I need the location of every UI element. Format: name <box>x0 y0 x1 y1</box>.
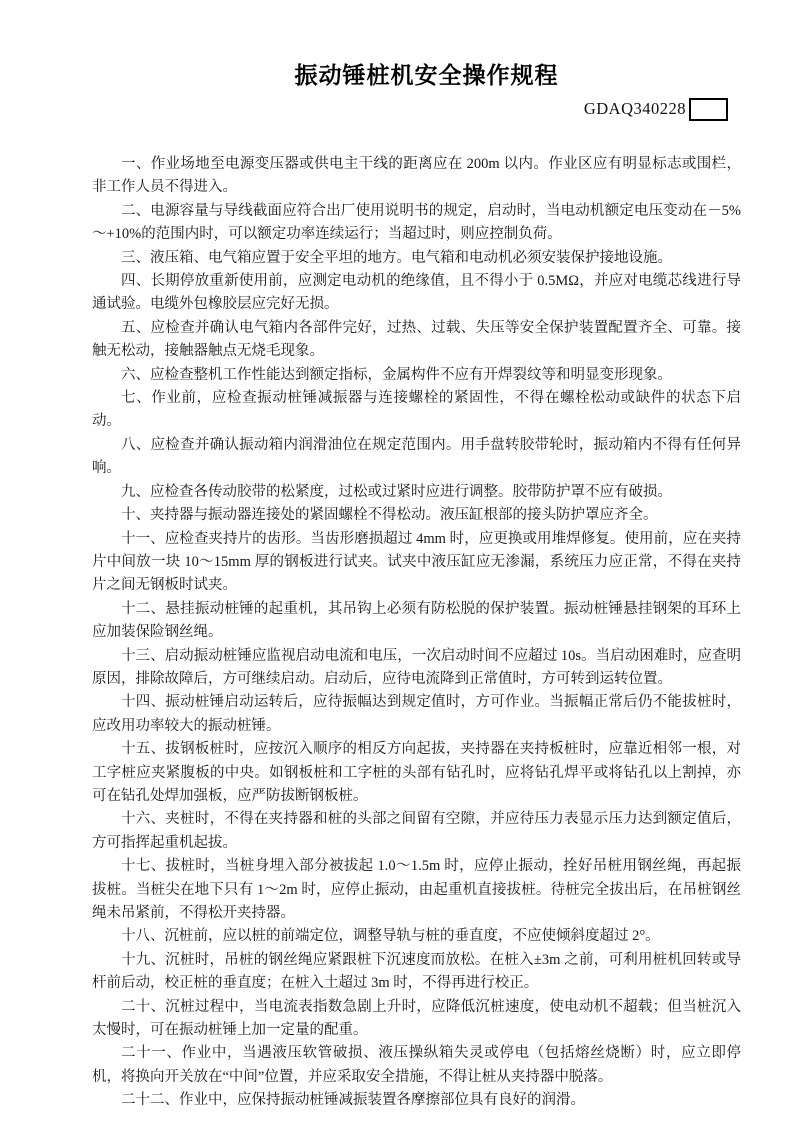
document-code-row: GDAQ340228 <box>92 96 741 122</box>
safety-rule-paragraph: 九、应检查各传动胶带的松紧度，过松或过紧时应进行调整。胶带防护罩不应有破损。 <box>92 481 741 504</box>
safety-rule-paragraph: 四、长期停放重新使用前，应测定电动机的绝缘值，且不得小于 0.5MΩ，并应对电缆… <box>92 270 741 317</box>
safety-rule-paragraph: 十九、沉桩时，吊桩的钢丝绳应紧跟桩下沉速度而放松。在桩入±3m 之前，可利用桩机… <box>92 949 741 996</box>
safety-rule-paragraph: 八、应检查并确认振动箱内润滑油位在规定范围内。用手盘转胶带轮时，振动箱内不得有任… <box>92 434 741 481</box>
document-body: 一、作业场地至电源变压器或供电主干线的距离应在 200m 以内。作业区应有明显标… <box>92 153 741 1113</box>
safety-rule-paragraph: 十一、应检查夹持片的齿形。当齿形磨损超过 4mm 时，应更换或用堆焊修复。使用前… <box>92 528 741 598</box>
safety-rule-paragraph: 六、应检查整机工作性能达到额定指标，金属构件不应有开焊裂纹等和明显变形现象。 <box>92 364 741 387</box>
document-page: 振动锤桩机安全操作规程 GDAQ340228 一、作业场地至电源变压器或供电主干… <box>0 0 793 1122</box>
safety-rule-paragraph: 一、作业场地至电源变压器或供电主干线的距离应在 200m 以内。作业区应有明显标… <box>92 153 741 200</box>
document-title: 振动锤桩机安全操作规程 <box>112 60 741 90</box>
safety-rule-paragraph: 五、应检查并确认电气箱内各部件完好，过热、过载、失压等安全保护装置配置齐全、可靠… <box>92 317 741 364</box>
safety-rule-paragraph: 十八、沉桩前，应以桩的前端定位，调整导轨与桩的垂直度，不应使倾斜度超过 2°。 <box>92 925 741 948</box>
safety-rule-paragraph: 七、作业前，应检查振动桩锤减振器与连接螺栓的紧固性，不得在螺栓松动或缺件的状态下… <box>92 387 741 434</box>
safety-rule-paragraph: 十七、拔桩时，当桩身埋入部分被拔起 1.0～1.5m 时，应停止振动，拴好吊桩用… <box>92 855 741 925</box>
safety-rule-paragraph: 十四、振动桩锤启动运转后，应待振幅达到规定值时，方可作业。当振幅正常后仍不能拔桩… <box>92 691 741 738</box>
safety-rule-paragraph: 二、电源容量与导线截面应符合出厂使用说明书的规定，启动时，当电动机额定电压变动在… <box>92 200 741 247</box>
safety-rule-paragraph: 三、液压箱、电气箱应置于安全平坦的地方。电气箱和电动机必须安装保护接地设施。 <box>92 247 741 270</box>
safety-rule-paragraph: 二十二、作业中，应保持振动桩锤减振装置各摩擦部位具有良好的润滑。 <box>92 1089 741 1112</box>
code-entry-box <box>689 98 728 121</box>
safety-rule-paragraph: 十三、启动振动桩锤应监视启动电流和电压，一次启动时间不应超过 10s。当启动困难… <box>92 645 741 692</box>
safety-rule-paragraph: 十二、悬挂振动桩锤的起重机，其吊钩上必须有防松脱的保护装置。振动桩锤悬挂钢架的耳… <box>92 598 741 645</box>
safety-rule-paragraph: 十、夹持器与振动器连接处的紧固螺栓不得松动。液压缸根部的接头防护罩应齐全。 <box>92 504 741 527</box>
safety-rule-paragraph: 二十一、作业中，当遇液压软管破损、液压操纵箱失灵或停电（包括熔丝烧断）时，应立即… <box>92 1042 741 1089</box>
safety-rule-paragraph: 二十、沉桩过程中，当电流表指数急剧上升时，应降低沉桩速度，使电动机不超载；但当桩… <box>92 996 741 1043</box>
safety-rule-paragraph: 十五、拔钢板桩时，应按沉入顺序的相反方向起拔，夹持器在夹持板桩时，应靠近相邻一根… <box>92 738 741 808</box>
document-code: GDAQ340228 <box>584 99 686 119</box>
safety-rule-paragraph: 十六、夹桩时，不得在夹持器和桩的头部之间留有空隙，并应待压力表显示压力达到额定值… <box>92 808 741 855</box>
